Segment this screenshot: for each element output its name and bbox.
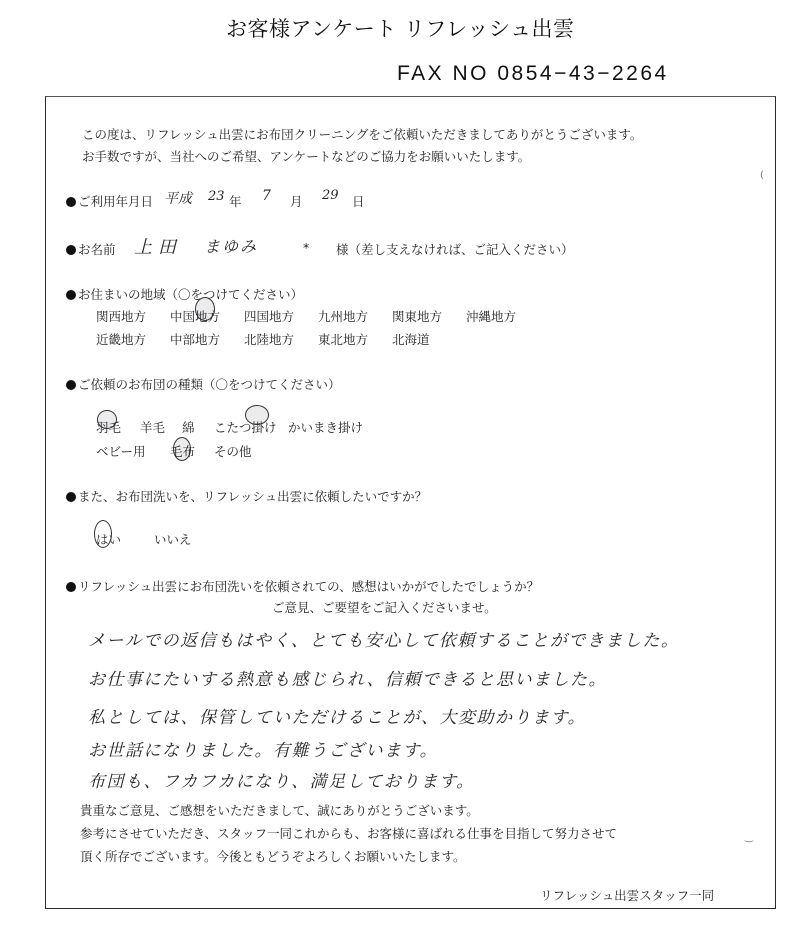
repeat-question: また、お布団洗いを、リフレッシュ出雲に依頼したいですか？ — [66, 487, 427, 505]
name-suffix: 様（差し支えなければ、ご記入ください） — [336, 240, 574, 258]
survey-title: お客様アンケート リフレッシュ出雲 — [226, 13, 574, 43]
usage-date-label: ご利用年月日 — [78, 194, 153, 209]
closing-line-2: 参考にさせていただき、スタッフ一同これからも、お客様に喜ばれる仕事を目指して努力… — [80, 824, 617, 842]
intro-line-1: この度は、リフレッシュ出雲にお布団クリーニングをご依頼いただきましてありがとうご… — [82, 125, 642, 143]
staff-signature: リフレッシュ出雲スタッフ一同 — [540, 886, 714, 904]
bullet-icon — [66, 290, 76, 300]
scan-speck: ‿ — [745, 832, 753, 843]
futon-other[interactable]: その他 — [214, 442, 252, 460]
feedback-comment-line-2[interactable]: お仕事にたいする熱意も感じられ、信頼できると思いました。 — [88, 665, 607, 690]
futon-wool[interactable]: 羊毛 — [140, 418, 165, 436]
year-unit: 年 — [229, 192, 242, 210]
repeat-yes[interactable]: はい — [96, 530, 121, 548]
intro-line-2: お手数ですが、当社へのご希望、アンケートなどのご協力をお願いいたします。 — [82, 147, 530, 165]
name-given-field[interactable]: まゆみ — [204, 234, 258, 257]
region-hokkaido[interactable]: 北海道 — [392, 330, 430, 348]
usage-era-field[interactable]: 平成 — [164, 188, 192, 208]
feedback-comment-line-3[interactable]: 私としては、保管していただけることが、大変助かります。 — [88, 703, 586, 728]
region-kinki[interactable]: 近畿地方 — [96, 330, 146, 348]
futon-type-label: ご依頼のお布団の種類（〇をつけてください） — [78, 377, 341, 392]
name-row: お名前 — [66, 240, 116, 258]
bullet-icon — [66, 380, 76, 390]
scan-speck: ( — [760, 170, 764, 181]
feedback-question: リフレッシュ出雲にお布団洗いを依頼されての、感想はいかがでしたでしょうか？ — [66, 577, 539, 595]
feedback-sublabel: ご意見、ご要望をご記入くださいませ。 — [272, 598, 497, 616]
feedback-comment-line-4[interactable]: お世話になりました。有難うございます。 — [88, 736, 438, 761]
futon-blanket[interactable]: 毛布 — [170, 442, 195, 460]
bullet-icon — [66, 492, 76, 502]
bullet-icon — [66, 245, 76, 255]
futon-down[interactable]: 羽毛 — [96, 418, 121, 436]
name-label: お名前 — [78, 242, 116, 257]
feedback-comment-line-1[interactable]: メールでの返信もはやく、とても安心して依頼することができました。 — [88, 626, 679, 651]
region-hokuriku[interactable]: 北陸地方 — [244, 330, 294, 348]
usage-date-row: ご利用年月日 — [66, 192, 153, 210]
feedback-label: リフレッシュ出雲にお布団洗いを依頼されての、感想はいかがでしたでしょうか？ — [78, 579, 539, 594]
closing-line-1: 貴重なご意見、ご感想をいただきまして、誠にありがとうございます。 — [80, 801, 479, 819]
fax-number: FAX NO 0854−43−2264 — [397, 62, 669, 86]
usage-day-field[interactable]: 29 — [322, 188, 339, 203]
region-okinawa[interactable]: 沖縄地方 — [466, 307, 516, 325]
day-unit: 日 — [352, 192, 365, 210]
region-chugoku[interactable]: 中国地方 — [170, 307, 220, 325]
region-kyushu[interactable]: 九州地方 — [318, 307, 368, 325]
usage-year-field[interactable]: 23 — [208, 189, 225, 204]
bullet-icon — [66, 197, 76, 207]
region-kanto[interactable]: 関東地方 — [392, 307, 442, 325]
region-label: お住まいの地域（〇をつけてください） — [78, 287, 303, 302]
futon-type-question: ご依頼のお布団の種類（〇をつけてください） — [66, 375, 341, 393]
name-surname-field[interactable]: 上田 — [134, 233, 182, 259]
region-shikoku[interactable]: 四国地方 — [244, 307, 294, 325]
futon-cotton[interactable]: 綿 — [182, 418, 195, 436]
repeat-label: また、お布団洗いを、リフレッシュ出雲に依頼したいですか？ — [78, 489, 427, 504]
usage-month-field[interactable]: 7 — [262, 188, 271, 204]
region-tohoku[interactable]: 東北地方 — [318, 330, 368, 348]
futon-kaimaki[interactable]: かいまき掛け — [288, 418, 363, 436]
region-question: お住まいの地域（〇をつけてください） — [66, 285, 303, 303]
region-chubu[interactable]: 中部地方 — [170, 330, 220, 348]
closing-line-3: 頂く所存でございます。今後ともどうぞよろしくお願いいたします。 — [80, 847, 466, 865]
bullet-icon — [66, 582, 76, 592]
region-kansai[interactable]: 関西地方 — [96, 307, 146, 325]
futon-baby[interactable]: ベビー用 — [96, 442, 146, 460]
repeat-no[interactable]: いいえ — [154, 530, 192, 548]
asterisk-mark: * — [303, 240, 309, 255]
feedback-comment-line-5[interactable]: 布団も、フカフカになり、満足しております。 — [88, 767, 475, 792]
month-unit: 月 — [290, 192, 303, 210]
futon-kotatsu[interactable]: こたつ掛け — [214, 418, 277, 436]
